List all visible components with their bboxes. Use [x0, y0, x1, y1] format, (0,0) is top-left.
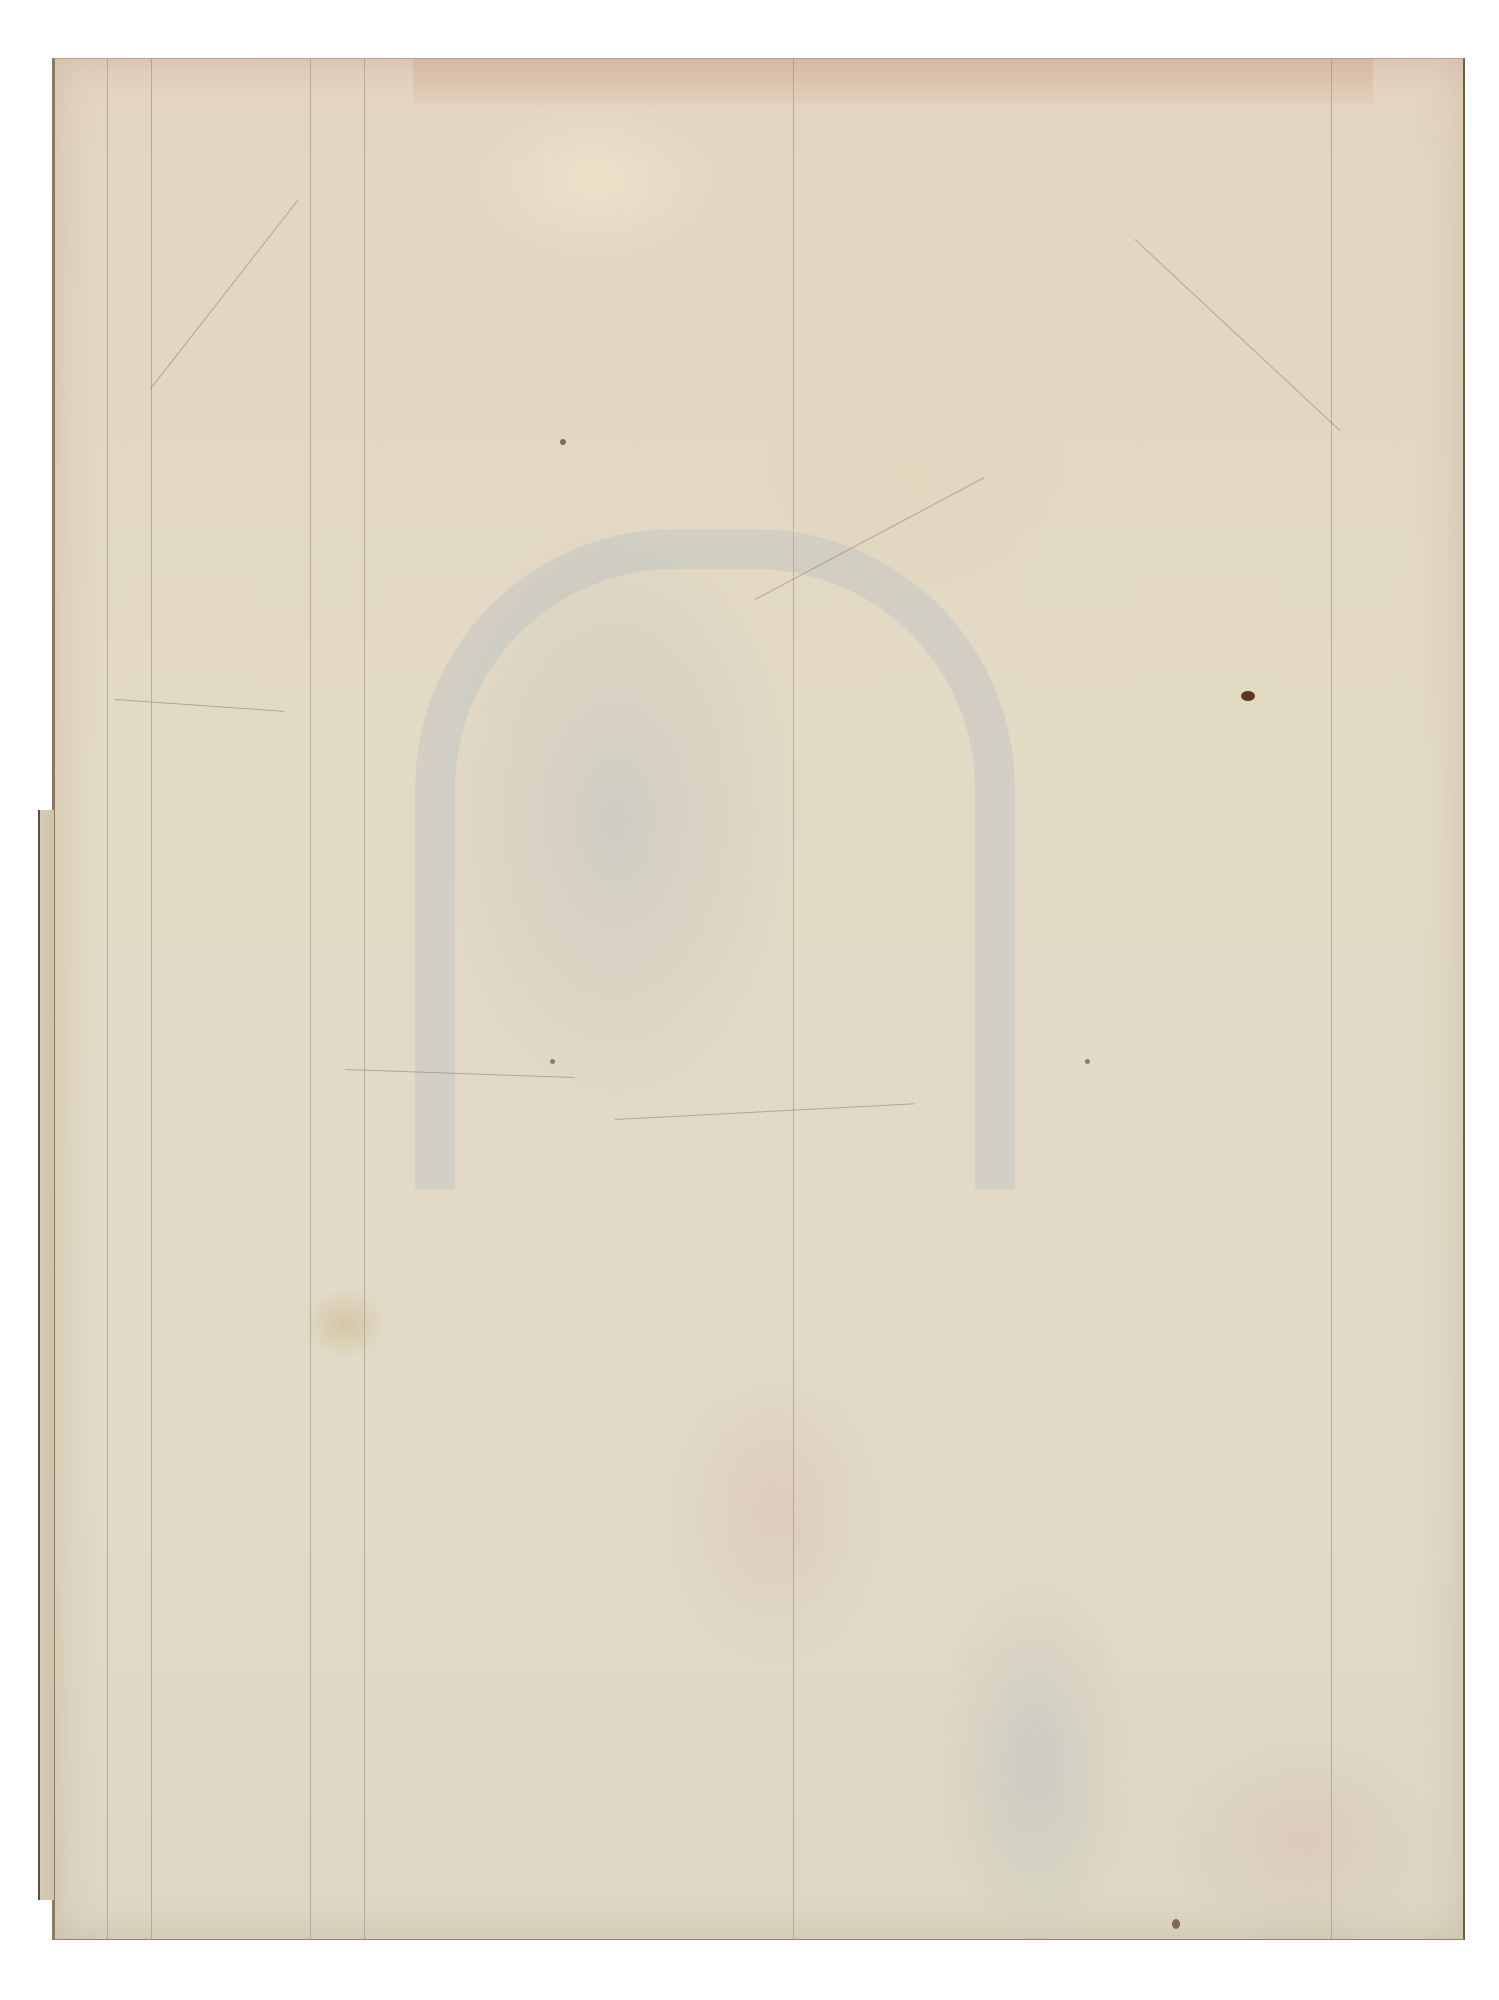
print-verso-paper — [52, 58, 1465, 1940]
faded-pink-top-band — [413, 59, 1373, 105]
fold-line-left — [310, 59, 311, 1939]
foxing-spot — [1085, 1059, 1090, 1064]
diagonal-corner-crease — [150, 200, 299, 390]
crease — [115, 699, 285, 712]
margin-line-right — [1331, 59, 1332, 1939]
margin-line-left-inner — [151, 59, 152, 1939]
torn-left-edge — [38, 810, 54, 1900]
foxing-spot — [1172, 1919, 1180, 1929]
ghost-image-bleedthrough — [415, 529, 1015, 1189]
foxing-spot — [550, 1059, 555, 1064]
fold-line-left-2 — [364, 59, 365, 1939]
foxing-spot — [1241, 691, 1255, 701]
margin-line-left-outer — [107, 59, 108, 1939]
diagonal-corner-crease — [1135, 239, 1340, 431]
foxing-spot — [560, 439, 566, 445]
